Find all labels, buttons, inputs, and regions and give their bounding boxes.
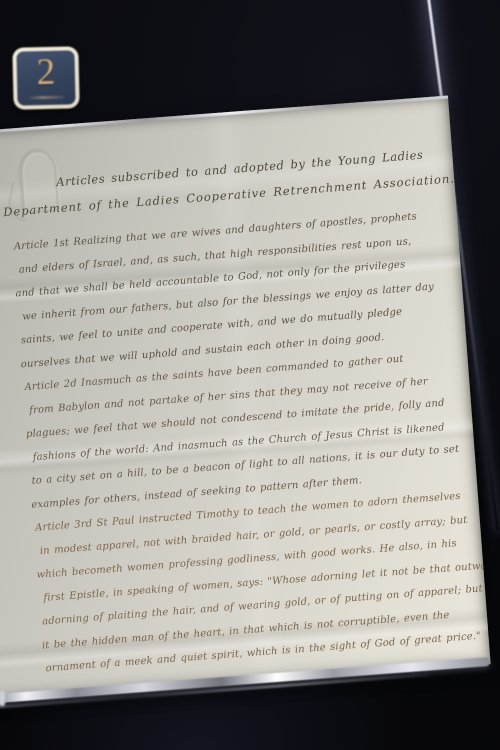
manuscript-text: Articles subscribed to and adopted by th… <box>0 96 489 688</box>
exhibit-number-label: 2 <box>12 46 79 109</box>
exhibit-caption-line <box>28 96 64 100</box>
manuscript-document: Articles subscribed to and adopted by th… <box>0 96 491 705</box>
exhibit-number: 2 <box>16 50 75 95</box>
case-reflection-speck <box>0 691 5 706</box>
exhibit-number-card: 2 <box>16 50 75 105</box>
manuscript-body: Article 1st Realizing that we are wives … <box>13 203 473 680</box>
display-case-photo: 2 Articles subscribed to and adopted by … <box>0 0 500 750</box>
